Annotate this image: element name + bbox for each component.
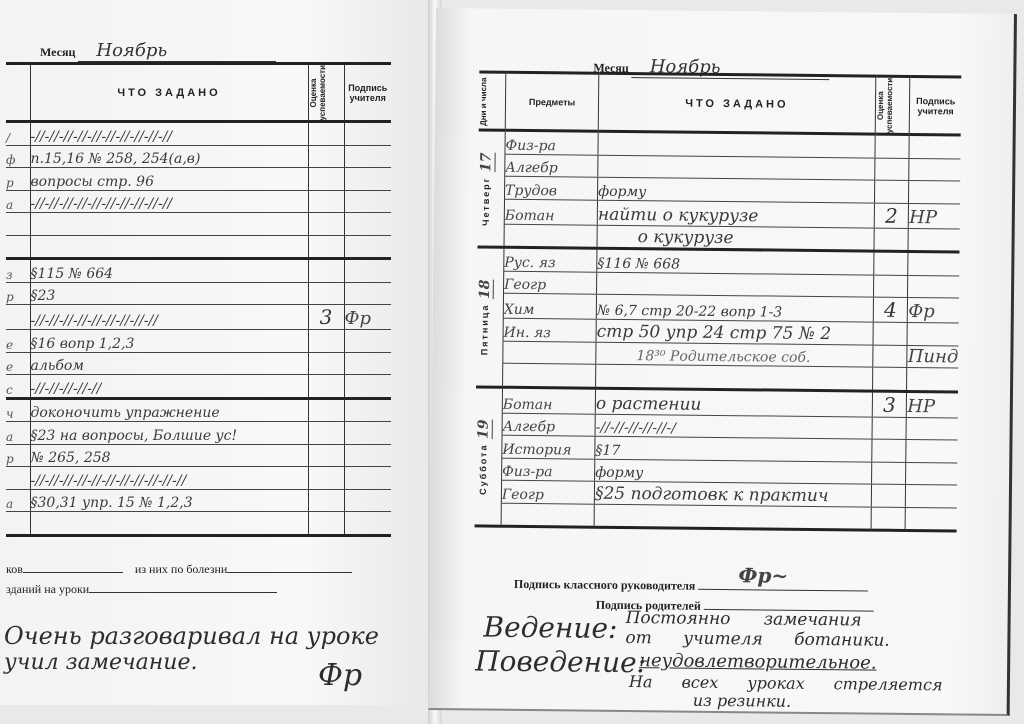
table-row: -//-//-//-//-//-//-//-//-//3Фр xyxy=(6,305,391,330)
subject-cell: Ботан xyxy=(502,387,595,414)
class-teacher-signature: Фр~ xyxy=(738,563,788,588)
subject-cell: Рус. яз xyxy=(504,248,597,272)
assignment-cell xyxy=(594,504,871,530)
table-row xyxy=(6,213,391,236)
class-teacher-label: Подпись классного руководителя xyxy=(514,577,696,593)
assignment-cell: -//-//-//-//-//-//-//-//-//-// xyxy=(30,190,308,213)
absences-line: ков из них по болезни xyxy=(6,560,352,577)
day-name: Четверг xyxy=(481,176,492,225)
assignment-cell: §116 № 668 xyxy=(597,249,874,275)
assignment-cell xyxy=(596,365,873,391)
day-cell-thursday: Четверг 17 xyxy=(477,130,505,247)
table-row: а§30,31 упр. 15 № 1,2,3 xyxy=(6,489,391,512)
assignment-cell xyxy=(597,272,874,297)
subject-cell: Физ-ра xyxy=(502,458,595,481)
assignment-cell: §16 вопр 1,2,3 xyxy=(30,330,308,353)
subject-cell: Геогр xyxy=(501,481,594,504)
grade-column-header: Оценка успеваемости xyxy=(308,64,344,122)
table-row: -//-//-//-//-//-//-//-//-//-//-// xyxy=(6,467,391,490)
subject-column-header xyxy=(6,64,30,122)
assignment-column-header: ЧТО ЗАДАНО xyxy=(598,73,875,134)
table-row xyxy=(475,503,957,532)
assignment-column-header: ЧТО ЗАДАНО xyxy=(30,64,308,122)
subject-cell: История xyxy=(502,436,595,459)
subject-cell: Алгебр xyxy=(505,154,598,177)
day-number: 17 xyxy=(478,152,494,172)
teacher-signature: Фр xyxy=(908,298,959,324)
assignment-cell: -//-//-//-//-//-//-//-//-// xyxy=(30,305,308,330)
assignment-cell: форму xyxy=(598,178,875,203)
subject-cell: Трудов xyxy=(505,177,598,200)
missed-assignments-line: зданий на уроки xyxy=(6,580,277,597)
subject-cell: Ботан xyxy=(504,199,597,225)
conduct-label: Поведение: xyxy=(475,644,646,679)
teacher-signature: Пинд xyxy=(907,345,958,368)
subject-cell: Ин. яз xyxy=(503,319,596,342)
conduct-text-3: из резинки. xyxy=(693,691,792,711)
assignment-cell: доконочить упражнение xyxy=(30,398,308,422)
day-cell-friday: Пятница 18 xyxy=(476,247,504,387)
subject-cell xyxy=(503,341,596,364)
table-row: с-//-//-//-//-// xyxy=(6,375,391,399)
day-cell-saturday: Суббота 19 xyxy=(475,387,503,527)
grade-mark: 2 xyxy=(874,203,909,228)
subject-cell: Хим xyxy=(503,294,596,320)
assignment-cell: стр 50 упр 24 стр 75 № 2 xyxy=(596,320,873,345)
table-row: еальбом xyxy=(6,352,391,375)
assignment-cell xyxy=(30,213,308,236)
subject-cell: Алгебр xyxy=(502,413,595,436)
table-row xyxy=(6,512,391,536)
day-name: Суббота xyxy=(478,443,489,494)
day-number: 18 xyxy=(477,279,493,299)
assignment-cell: §30,31 упр. 15 № 1,2,3 xyxy=(30,489,308,512)
subject-cell xyxy=(504,224,597,248)
subject-cell: Физ-ра xyxy=(505,131,598,155)
teacher-note-line-2: учил замечание. xyxy=(4,650,197,675)
teacher-note-signature: Фр xyxy=(318,658,362,693)
right-page: Месяц Ноябрь Дни и числа Предметы ЧТО ЗА… xyxy=(429,8,1017,716)
assignment-cell: № 6,7 стр 20-22 вопр 1-3 xyxy=(596,295,873,323)
assignment-cell: альбом xyxy=(30,352,308,375)
table-row: з§115 № 664 xyxy=(6,259,391,283)
assignment-cell: вопросы стр. 96 xyxy=(30,168,308,191)
assignment-cell: §17 xyxy=(595,437,872,462)
table-row: /-//-//-//-//-//-//-//-//-//-// xyxy=(6,122,391,146)
parent-meeting-note: 18³⁰ Родительское соб. xyxy=(596,342,873,367)
assignment-cell: о растении xyxy=(595,388,872,417)
table-row: а§23 на вопросы, Болшие ус! xyxy=(6,422,391,445)
behavior-label: Ведение: xyxy=(483,611,617,645)
subject-cell: Геогр xyxy=(504,271,597,294)
assignment-cell: -//-//-//-//-// xyxy=(30,375,308,399)
assignment-cell: §115 № 664 xyxy=(30,259,308,283)
month-value: Ноябрь xyxy=(78,40,276,62)
day-column-header: Дни и числа xyxy=(479,72,506,131)
subject-cell xyxy=(503,364,596,388)
month-field: Месяц Ноябрь xyxy=(40,40,276,62)
assignments-table-right: Дни и числа Предметы ЧТО ЗАДАНО Оценка у… xyxy=(475,70,962,532)
day-name: Пятница xyxy=(479,303,490,355)
assignment-cell: §25 подготовк к практич xyxy=(594,482,871,507)
teacher-signature: НР xyxy=(907,391,958,418)
table-row: р§23 xyxy=(6,282,391,305)
grade-mark: 3 xyxy=(308,305,344,330)
signature-column-header: Подпись учителя xyxy=(910,76,962,135)
subjects-column-header: Предметы xyxy=(505,72,599,131)
assignment-cell: форму xyxy=(595,459,872,484)
table-row: а-//-//-//-//-//-//-//-//-//-// xyxy=(6,190,391,213)
class-teacher-signature-line: Подпись классного руководителя Фр~ xyxy=(514,575,869,596)
grade-column-header: Оценка успеваемости xyxy=(875,76,910,135)
table-row: рвопросы стр. 96 xyxy=(6,168,391,191)
table-row: фп.15,16 № 258, 254(а,в) xyxy=(6,145,391,168)
table-row: чдоконочить упражнение xyxy=(6,398,391,422)
conduct-text-1: неудовлетворительное. xyxy=(639,650,877,673)
assignment-cell: §23 xyxy=(30,282,308,305)
grade-mark: 4 xyxy=(873,298,908,323)
assignment-cell xyxy=(30,235,308,259)
month-label: Месяц xyxy=(40,45,75,59)
subject-cell xyxy=(501,503,594,527)
assignment-cell xyxy=(30,512,308,536)
assignment-cell: §23 на вопросы, Болшие ус! xyxy=(30,422,308,445)
assignment-cell: № 265, 258 xyxy=(30,444,308,467)
teacher-signature: НР xyxy=(909,203,960,229)
behavior-text-1: Постоянно замечания xyxy=(626,608,862,630)
table-row: е§16 вопр 1,2,3 xyxy=(6,330,391,353)
assignment-cell: найти о кукурузе xyxy=(597,200,874,228)
assignment-cell: -//-//-//-//-//-//-//-//-//-//-// xyxy=(30,467,308,490)
signature-column-header: Подпись учителя xyxy=(344,64,391,122)
left-page: Месяц Ноябрь ЧТО ЗАДАНО Оценка успеваемо… xyxy=(0,0,436,705)
day-number: 19 xyxy=(475,419,491,439)
teacher-signature: Фр xyxy=(344,305,391,330)
teacher-note-line-1: Очень разговаривал на уроке xyxy=(4,622,379,650)
assignment-cell xyxy=(598,155,875,180)
assignment-cell: п.15,16 № 258, 254(а,в) xyxy=(30,145,308,168)
assignment-cell: -//-//-//-//-//-//-//-//-//-// xyxy=(30,122,308,146)
grade-mark: 3 xyxy=(872,391,907,417)
behavior-text-2: от учителя ботаники. xyxy=(625,628,890,651)
assignment-cell xyxy=(598,132,875,158)
table-row: р№ 265, 258 xyxy=(6,444,391,467)
table-row xyxy=(6,235,391,259)
assignment-cell: -//-//-//-//-//-/ xyxy=(595,414,872,439)
assignments-table-left: ЧТО ЗАДАНО Оценка успеваемости Подпись у… xyxy=(6,62,391,537)
assignment-cell: о кукурузе xyxy=(597,225,874,251)
